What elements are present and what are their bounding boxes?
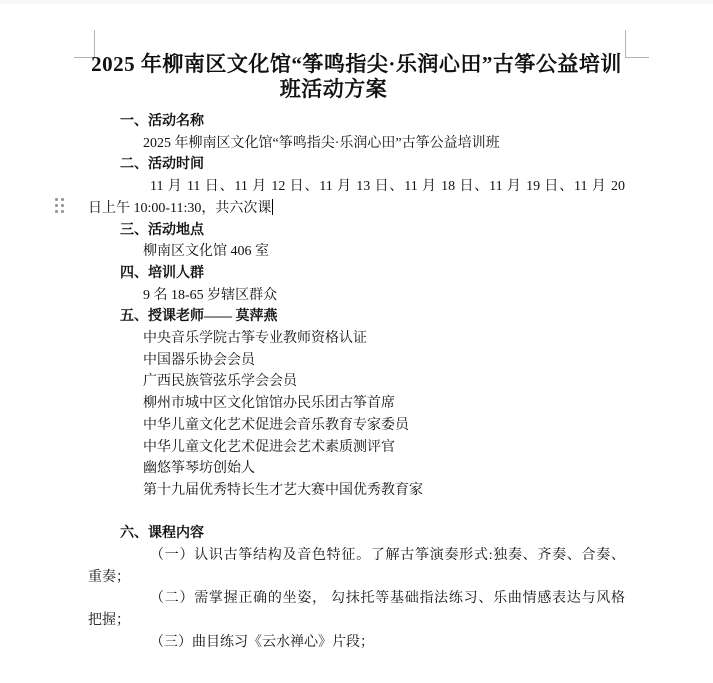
dot [55,210,58,213]
doc-line[interactable]: 中华儿童文化艺术促进会音乐教育专家委员 [88,415,625,437]
heading-trainee-group[interactable]: 四、培训人群 [88,263,625,285]
dot [61,204,64,207]
dot [55,198,58,201]
doc-line[interactable]: 11 月 11 日、11 月 12 日、11 月 13 日、11 月 18 日、… [88,176,625,198]
heading-teacher[interactable]: 五、授课老师—— 莫萍燕 [88,306,625,328]
doc-line[interactable]: 把握； [88,610,625,632]
doc-line[interactable]: 9 名 18-65 岁辖区群众 [88,285,625,307]
document-title[interactable]: 2025 年柳南区文化馆“筝鸣指尖·乐润心田”古筝公益培训 班活动方案 [88,52,625,101]
doc-line[interactable]: （二）需掌握正确的坐姿， 勾抹托等基础指法练习、乐曲情感表达与风格 [88,588,625,610]
doc-line[interactable]: 中华儿童文化艺术促进会艺术素质测评官 [88,437,625,459]
text-caret [272,199,273,215]
page-top-edge [0,0,713,4]
dot [61,210,64,213]
doc-line[interactable]: 中央音乐学院古筝专业教师资格认证 [88,328,625,350]
dot [61,198,64,201]
heading-activity-place[interactable]: 三、活动地点 [88,220,625,242]
doc-line[interactable]: 2025 年柳南区文化馆“筝鸣指尖·乐润心田”古筝公益培训班 [88,133,625,155]
doc-line[interactable]: 第十九届优秀特长生才艺大赛中国优秀教育家 [88,480,625,502]
document-title-line1[interactable]: 2025 年柳南区文化馆“筝鸣指尖·乐润心田”古筝公益培训 [88,52,625,77]
paragraph-drag-handle-icon[interactable] [55,198,64,213]
document-body[interactable]: 一、活动名称 2025 年柳南区文化馆“筝鸣指尖·乐润心田”古筝公益培训班 二、… [88,111,625,654]
doc-line[interactable]: （一）认识古筝结构及音色特征。了解古筝演奏形式:独奏、齐奏、合奏、 [88,545,625,567]
document-title-line2[interactable]: 班活动方案 [88,77,625,102]
doc-line[interactable]: 中国器乐协会会员 [88,350,625,372]
text-boundary-mark-top-right [625,30,649,58]
doc-line[interactable]: （三）曲目练习《云水禅心》片段； [88,632,625,654]
doc-line[interactable]: 柳州市城中区文化馆馆办民乐团古筝首席 [88,393,625,415]
heading-course-content[interactable]: 六、课程内容 [88,523,625,545]
doc-line[interactable]: 柳南区文化馆 406 室 [88,241,625,263]
doc-line[interactable]: 日上午 10:00-11:30，共六次课 [88,198,625,220]
doc-line[interactable]: 幽悠筝琴坊创始人 [88,458,625,480]
blank-line[interactable] [88,502,625,524]
heading-activity-time[interactable]: 二、活动时间 [88,154,625,176]
dot [55,204,58,207]
doc-line-text: 日上午 10:00-11:30，共六次课 [88,201,271,216]
heading-activity-name[interactable]: 一、活动名称 [88,111,625,133]
doc-line[interactable]: 广西民族管弦乐学会会员 [88,371,625,393]
document-page[interactable]: 2025 年柳南区文化馆“筝鸣指尖·乐润心田”古筝公益培训 班活动方案 一、活动… [0,0,713,683]
doc-line[interactable]: 重奏； [88,567,625,589]
